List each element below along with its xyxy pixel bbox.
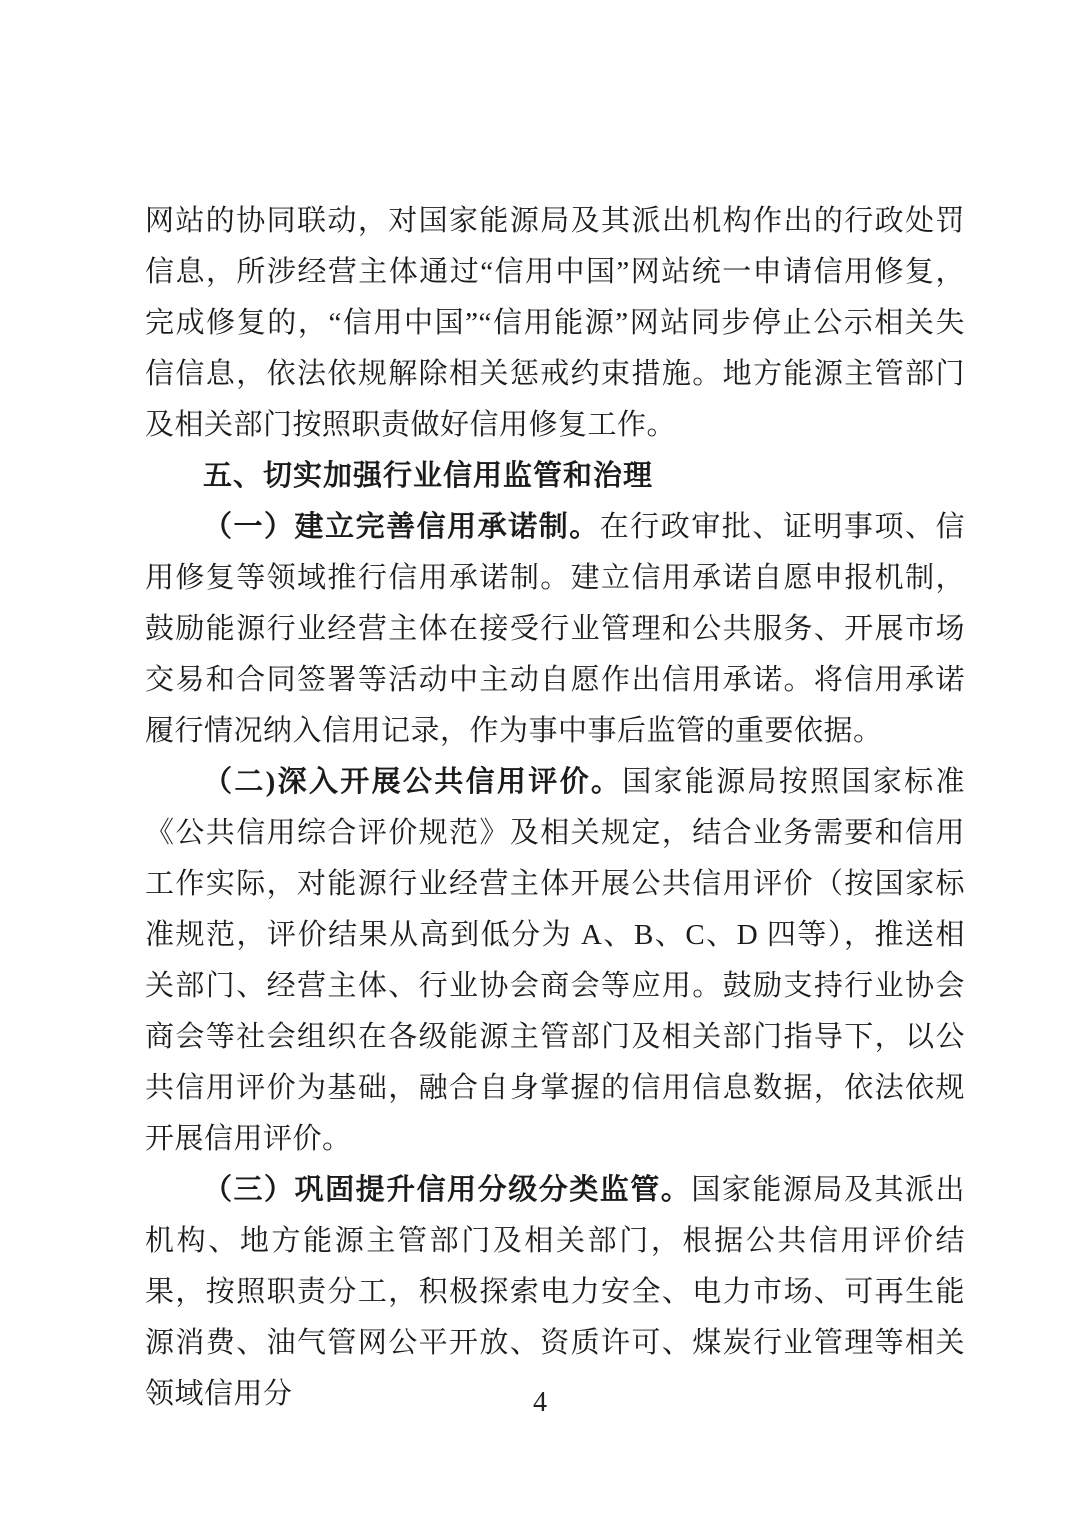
paragraph-item-3: （三）巩固提升信用分级分类监管。国家能源局及其派出机构、地方能源主管部门及相关部… xyxy=(145,1165,965,1420)
section-heading: 五、切实加强行业信用监管和治理 xyxy=(145,451,965,502)
paragraph-item-2: （二)深入开展公共信用评价。国家能源局按照国家标准《公共信用综合评价规范》及相关… xyxy=(145,757,965,1165)
paragraph-item-2-lead: （二)深入开展公共信用评价。 xyxy=(203,766,622,798)
paragraph-item-1-lead: （一）建立完善信用承诺制。 xyxy=(203,511,600,543)
paragraph-item-3-body: 国家能源局及其派出机构、地方能源主管部门及相关部门，根据公共信用评价结果，按照职… xyxy=(145,1174,965,1410)
paragraph-continuation: 网站的协同联动，对国家能源局及其派出机构作出的行政处罚信息，所涉经营主体通过“信… xyxy=(145,196,965,451)
paragraph-item-2-body: 国家能源局按照国家标准《公共信用综合评价规范》及相关规定，结合业务需要和信用工作… xyxy=(145,766,965,1155)
page-number: 4 xyxy=(0,1386,1080,1420)
paragraph-item-1: （一）建立完善信用承诺制。在行政审批、证明事项、信用修复等领域推行信用承诺制。建… xyxy=(145,502,965,757)
paragraph-item-1-body: 在行政审批、证明事项、信用修复等领域推行信用承诺制。建立信用承诺自愿申报机制，鼓… xyxy=(145,511,965,747)
paragraph-item-3-lead: （三）巩固提升信用分级分类监管。 xyxy=(203,1174,691,1206)
text-block: 网站的协同联动，对国家能源局及其派出机构作出的行政处罚信息，所涉经营主体通过“信… xyxy=(145,196,965,1420)
document-page: 网站的协同联动，对国家能源局及其派出机构作出的行政处罚信息，所涉经营主体通过“信… xyxy=(0,0,1080,1527)
